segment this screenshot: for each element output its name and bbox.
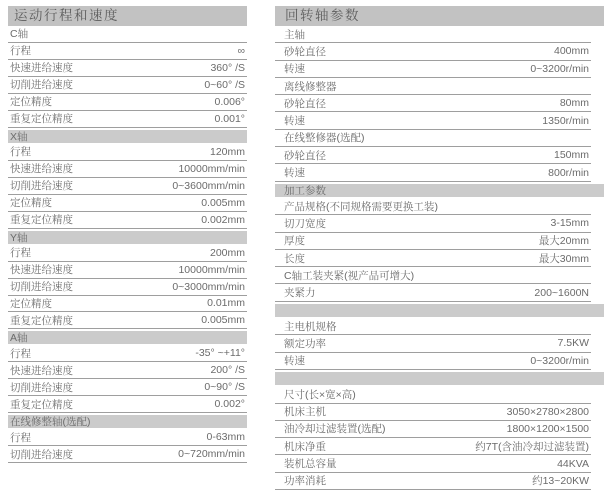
spec-row: 砂轮直径150mm [275, 147, 591, 164]
spec-label: 砂轮直径 [284, 44, 326, 59]
spec-label: 定位精度 [10, 296, 52, 311]
spec-row: 切削进给速度0~3600mm/min [8, 178, 247, 195]
spec-row: 行程∞ [8, 43, 247, 60]
spec-row: 行程0-63mm [8, 429, 247, 446]
spec-row: 行程120mm [8, 144, 247, 161]
spec-row: 切削进给速度0~3000mm/min [8, 279, 247, 296]
spec-label: 夹紧力 [284, 285, 316, 300]
spec-row: 转速0~3200r/min [275, 353, 591, 370]
spec-row: 定位精度0.01mm [8, 296, 247, 313]
spec-value: 10000mm/min [178, 264, 245, 276]
section-header: A轴 [8, 331, 247, 344]
spec-value: 200° /S [210, 364, 245, 376]
section-header [275, 304, 604, 317]
spec-row: 功率消耗约13~20KW [275, 473, 591, 490]
spec-label: 行程 [10, 144, 31, 159]
spec-row: 转速0~3200r/min [275, 61, 591, 78]
spec-row: 离线修整器 [275, 78, 591, 95]
section-bar-row: A轴 [8, 329, 247, 345]
spec-row: 快速进给速度10000mm/min [8, 161, 247, 178]
spec-row: C轴工装夹紧(视产品可增大) [275, 267, 591, 284]
spec-label: 转速 [284, 113, 305, 128]
spec-row: 砂轮直径80mm [275, 95, 591, 112]
spec-label: 快速进给速度 [10, 262, 73, 277]
spec-row: 主电机规格 [275, 318, 591, 335]
spec-label: 定位精度 [10, 195, 52, 210]
spec-value: 0.006° [215, 96, 245, 108]
motion-specs-title: 运动行程和速度 [8, 6, 247, 26]
rotary-axis-rows: 主轴砂轮直径400mm转速0~3200r/min离线修整器砂轮直径80mm转速1… [275, 26, 604, 490]
spec-label: 切削进给速度 [10, 77, 73, 92]
spec-row: 油冷却过滤装置(选配)1800×1200×1500 [275, 421, 591, 438]
spec-row: 快速进给速度10000mm/min [8, 262, 247, 279]
spec-value: 150mm [554, 149, 589, 161]
spec-row: 行程-35° ~+11° [8, 345, 247, 362]
spec-label: 重复定位精度 [10, 111, 73, 126]
spec-label: 行程 [10, 346, 31, 361]
spec-row: 额定功率7.5KW [275, 335, 591, 352]
spec-row: 砂轮直径400mm [275, 43, 591, 60]
spec-value: 80mm [560, 97, 589, 109]
spec-label: 产品规格(不同规格需要更换工装) [284, 199, 438, 214]
spec-value: 0~3200r/min [530, 63, 589, 75]
spec-row: 定位精度0.006° [8, 94, 247, 111]
section-bar-row [275, 302, 604, 318]
spec-row: 在线整修器(选配) [275, 130, 591, 147]
spec-value: 800r/min [548, 167, 589, 179]
spec-value: 3050×2780×2800 [507, 406, 589, 418]
spec-value: 约7T(含油冷却过滤装置) [475, 439, 589, 454]
motion-specs-table: 运动行程和速度 C轴行程∞快速进给速度360° /S切削进给速度0~60° /S… [8, 6, 247, 463]
spec-label: 切削进给速度 [10, 178, 73, 193]
spec-row: 快速进给速度200° /S [8, 362, 247, 379]
spec-label: 主电机规格 [284, 319, 337, 334]
spec-label: 切削进给速度 [10, 380, 73, 395]
spec-label: 快速进给速度 [10, 161, 73, 176]
spec-value: 10000mm/min [178, 163, 245, 175]
spec-label: 在线整修器(选配) [284, 130, 365, 145]
section-header: 加工参数 [275, 184, 604, 197]
spec-label: 重复定位精度 [10, 212, 73, 227]
spec-label: 油冷却过滤装置(选配) [284, 421, 386, 436]
spec-value: ∞ [238, 45, 246, 57]
spec-row: 快速进给速度360° /S [8, 60, 247, 77]
spec-label: 机床净重 [284, 439, 326, 454]
spec-value: 3-15mm [550, 217, 589, 229]
section-bar-row: X轴 [8, 128, 247, 144]
spec-label: C轴 [10, 26, 28, 41]
section-header: Y轴 [8, 231, 247, 244]
rotary-axis-title: 回转轴参数 [275, 6, 604, 26]
spec-row: 尺寸(长×宽×高) [275, 386, 591, 403]
spec-row: 行程200mm [8, 245, 247, 262]
spec-row: 机床净重约7T(含油冷却过滤装置) [275, 438, 591, 455]
section-header: 在线修整轴(选配) [8, 415, 247, 428]
section-bar-row: 在线修整轴(选配) [8, 413, 247, 429]
spec-label: 额定功率 [284, 336, 326, 351]
spec-value: 0.001° [215, 113, 245, 125]
spec-value: -35° ~+11° [195, 347, 245, 359]
spec-label: 转速 [284, 353, 305, 368]
spec-value: 200~1600N [534, 287, 589, 299]
spec-value: 0.002° [215, 398, 245, 410]
spec-value: 0~3000mm/min [172, 281, 245, 293]
spec-row: 机床主机3050×2780×2800 [275, 404, 591, 421]
spec-value: 120mm [210, 146, 245, 158]
spec-row: 切刀宽度3-15mm [275, 215, 591, 232]
spec-label: 切刀宽度 [284, 216, 326, 231]
spec-row: 转速800r/min [275, 164, 591, 181]
spec-row: 切削进给速度0~720mm/min [8, 446, 247, 463]
spec-label: 转速 [284, 165, 305, 180]
spec-label: 行程 [10, 43, 31, 58]
section-header [275, 372, 604, 385]
spec-row: 切削进给速度0~90° /S [8, 379, 247, 396]
spec-label: 行程 [10, 430, 31, 445]
spec-label: 离线修整器 [284, 79, 337, 94]
spec-label: 机床主机 [284, 404, 326, 419]
spec-value: 0.01mm [207, 297, 245, 309]
spec-row: 夹紧力200~1600N [275, 284, 591, 301]
spec-row: 转速1350r/min [275, 112, 591, 129]
spec-label: 装机总容量 [284, 456, 337, 471]
spec-value: 0~60° /S [204, 79, 245, 91]
spec-row: 重复定位精度0.002mm [8, 212, 247, 229]
spec-label: 砂轮直径 [284, 148, 326, 163]
motion-specs-rows: C轴行程∞快速进给速度360° /S切削进给速度0~60° /S定位精度0.00… [8, 26, 247, 463]
spec-value: 44KVA [557, 458, 589, 470]
spec-row: 重复定位精度0.001° [8, 111, 247, 128]
spec-value: 360° /S [210, 62, 245, 74]
spec-label: 快速进给速度 [10, 60, 73, 75]
spec-value: 0.005mm [201, 197, 245, 209]
spec-label: 厚度 [284, 233, 305, 248]
spec-label: 切削进给速度 [10, 279, 73, 294]
spec-label: 快速进给速度 [10, 363, 73, 378]
spec-value: 0.002mm [201, 214, 245, 226]
spec-label: 转速 [284, 61, 305, 76]
spec-row: 装机总容量44KVA [275, 455, 591, 472]
spec-label: 行程 [10, 245, 31, 260]
spec-label: 重复定位精度 [10, 397, 73, 412]
spec-label: 功率消耗 [284, 473, 326, 488]
rotary-axis-table: 回转轴参数 主轴砂轮直径400mm转速0~3200r/min离线修整器砂轮直径8… [275, 6, 604, 490]
section-header: X轴 [8, 130, 247, 143]
spec-row: 重复定位精度0.002° [8, 396, 247, 413]
spec-row: 主轴 [275, 26, 591, 43]
spec-row: C轴 [8, 26, 247, 43]
spec-row: 长度最大30mm [275, 250, 591, 267]
spec-row: 厚度最大20mm [275, 233, 591, 250]
spec-label: 重复定位精度 [10, 313, 73, 328]
spec-label: 主轴 [284, 27, 305, 42]
section-bar-row: Y轴 [8, 229, 247, 245]
spec-value: 0~3200r/min [530, 355, 589, 367]
spec-value: 0~90° /S [204, 381, 245, 393]
spec-value: 1350r/min [542, 115, 589, 127]
spec-row: 重复定位精度0.005mm [8, 312, 247, 329]
spec-value: 0~3600mm/min [172, 180, 245, 192]
spec-value: 0~720mm/min [178, 448, 245, 460]
spec-label: 尺寸(长×宽×高) [284, 387, 356, 402]
spec-value: 0.005mm [201, 314, 245, 326]
spec-label: 切削进给速度 [10, 447, 73, 462]
spec-value: 最大30mm [539, 251, 589, 266]
spec-row: 切削进给速度0~60° /S [8, 77, 247, 94]
spec-value: 7.5KW [557, 337, 589, 349]
spec-label: 定位精度 [10, 94, 52, 109]
spec-label: 砂轮直径 [284, 96, 326, 111]
spec-value: 200mm [210, 247, 245, 259]
spec-label: C轴工装夹紧(视产品可增大) [284, 268, 414, 283]
spec-value: 1800×1200×1500 [507, 423, 589, 435]
spec-row: 产品规格(不同规格需要更换工装) [275, 198, 591, 215]
spec-value: 400mm [554, 45, 589, 57]
spec-value: 0-63mm [206, 431, 245, 443]
spec-value: 约13~20KW [532, 473, 589, 488]
spec-row: 定位精度0.005mm [8, 195, 247, 212]
spec-label: 长度 [284, 251, 305, 266]
spec-value: 最大20mm [539, 233, 589, 248]
section-bar-row [275, 370, 604, 386]
section-bar-row: 加工参数 [275, 182, 604, 198]
